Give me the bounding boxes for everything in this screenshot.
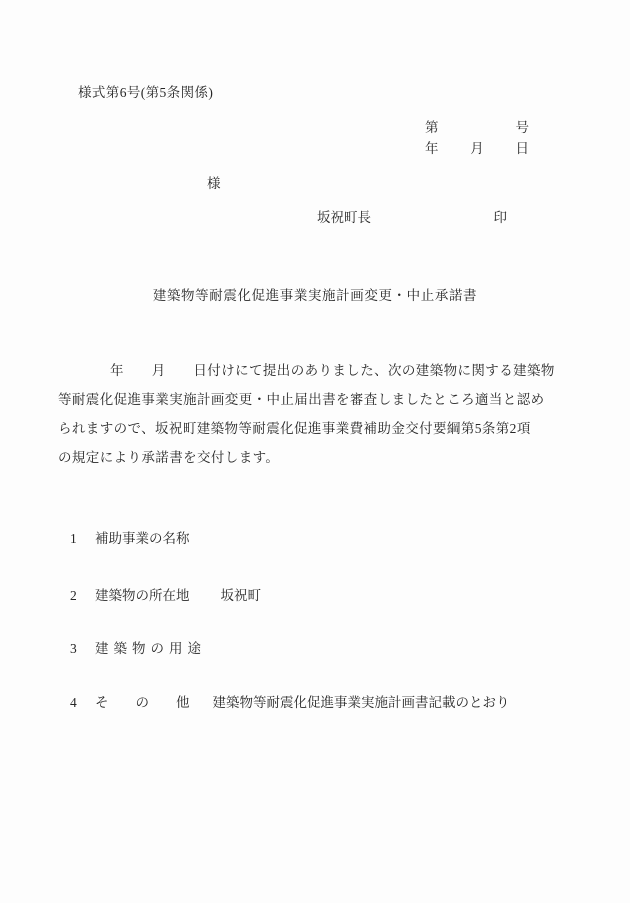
doc-date-line: 年 月 日 bbox=[425, 138, 529, 159]
item-label: そ の 他 bbox=[95, 695, 190, 710]
item-label: 建築物の用途 bbox=[95, 641, 206, 656]
body-paragraph: 年 月 日付けにて提出のありました、次の建築物に関する建築物 等耐震化促進事業実… bbox=[58, 356, 578, 472]
item-value: 坂祝町 bbox=[221, 588, 262, 603]
item-number: 4 bbox=[70, 695, 95, 711]
list-item-other: 4そ の 他建築物等耐震化促進事業実施計画書記載のとおり bbox=[70, 691, 610, 711]
document-title: 建築物等耐震化促進事業実施計画変更・中止承諾書 bbox=[0, 284, 630, 304]
list-item-subsidy-project-name: 1補助事業の名称 bbox=[70, 527, 610, 547]
item-label: 補助事業の名称 bbox=[95, 531, 190, 546]
sender-title: 坂祝町長 bbox=[317, 206, 371, 226]
item-value: 建築物等耐震化促進事業実施計画書記載のとおり bbox=[213, 695, 510, 710]
addressee-honorific: 様 bbox=[207, 172, 221, 192]
item-number: 1 bbox=[70, 531, 95, 547]
doc-number-line: 第 号 bbox=[425, 117, 529, 138]
item-number: 2 bbox=[70, 588, 95, 604]
body-line: の規定により承諾書を交付します。 bbox=[58, 443, 578, 472]
doc-meta-block: 第 号 年 月 日 bbox=[425, 117, 529, 159]
body-line: 等耐震化促進事業実施計画変更・中止届出書を審査しましたところ適当と認め bbox=[58, 385, 578, 414]
item-number: 3 bbox=[70, 641, 95, 657]
date-year-label: 年 bbox=[425, 138, 439, 159]
item-label: 建築物の所在地 bbox=[95, 588, 190, 603]
body-line: 年 月 日付けにて提出のありました、次の建築物に関する建築物 bbox=[58, 356, 578, 385]
doc-number-prefix: 第 bbox=[425, 117, 439, 138]
body-line: られますので、坂祝町建築物等耐震化促進事業費補助金交付要綱第5条第2項 bbox=[58, 414, 578, 443]
doc-number-suffix: 号 bbox=[516, 117, 530, 138]
list-item-building-use: 3建築物の用途 bbox=[70, 637, 610, 657]
date-month-label: 月 bbox=[470, 138, 484, 159]
document-page: 様式第6号(第5条関係) 第 号 年 月 日 様 坂祝町長 印 建築物等耐震化促… bbox=[0, 0, 630, 903]
list-item-building-location: 2建築物の所在地坂祝町 bbox=[70, 584, 610, 604]
date-day-label: 日 bbox=[516, 138, 530, 159]
form-number: 様式第6号(第5条関係) bbox=[78, 81, 213, 101]
sender-line: 坂祝町長 印 bbox=[317, 206, 507, 226]
seal-placeholder: 印 bbox=[494, 206, 508, 226]
